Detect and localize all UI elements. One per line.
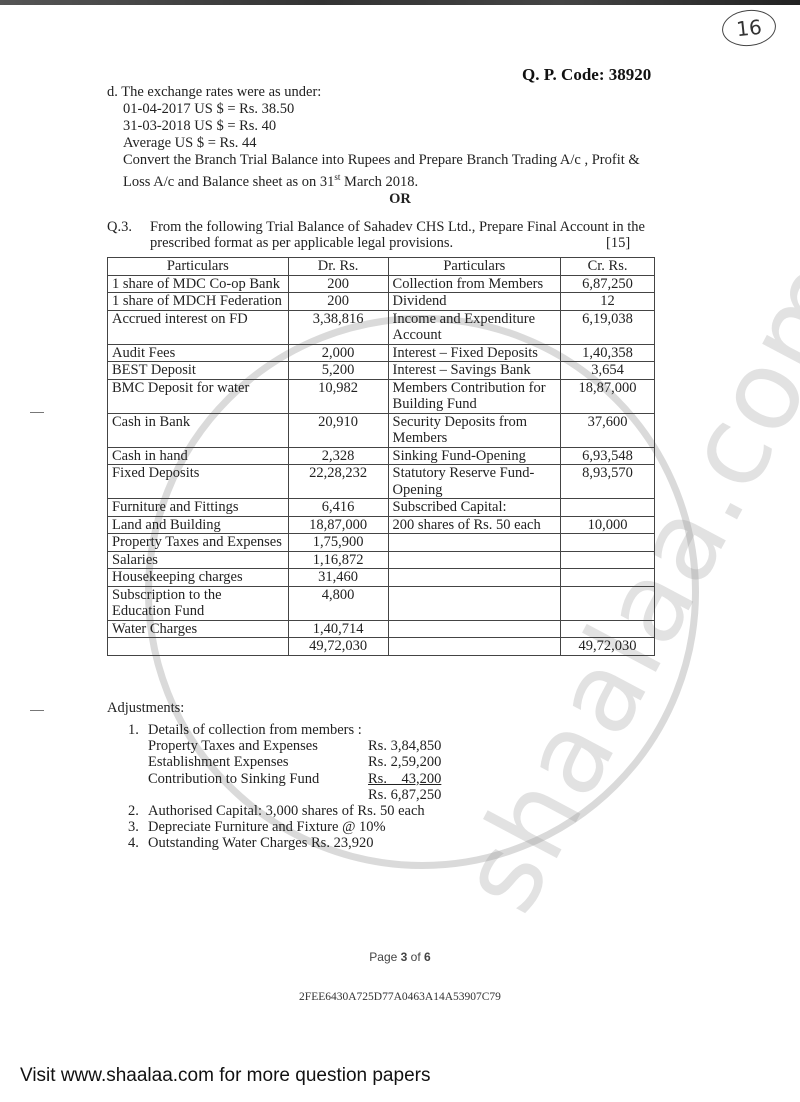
dr-amount: 5,200 [288,362,388,380]
dr-particular: Fixed Deposits [108,465,289,499]
cr-particular: 200 shares of Rs. 50 each [388,516,561,534]
cr-amount [561,620,655,638]
dr-particular: Land and Building [108,516,289,534]
adjustment-number: 2. [128,803,148,819]
adjustments-list: 1. Details of collection from members : … [128,722,448,852]
scan-top-edge [0,0,800,5]
dr-amount: 31,460 [288,569,388,587]
page-indicator: Page 3 of 6 [0,950,800,964]
dr-particular: Housekeeping charges [108,569,289,587]
table-header-row: Particulars Dr. Rs. Particulars Cr. Rs. [108,258,655,276]
cr-amount: 10,000 [561,516,655,534]
cr-amount [561,534,655,552]
table-row: 1 share of MDC Co-op Bank200Collection f… [108,275,655,293]
question-number: Q.3. [107,219,132,236]
dr-particular: BEST Deposit [108,362,289,380]
detail-label: Contribution to Sinking Fund [148,771,368,787]
adjustment-item: 3. Depreciate Furniture and Fixture @ 10… [128,819,448,835]
trial-balance-table: Particulars Dr. Rs. Particulars Cr. Rs. … [107,257,655,656]
table-row: Salaries1,16,872 [108,551,655,569]
website-banner[interactable]: Visit www.shaalaa.com for more question … [20,1065,430,1087]
cr-particular: Members Contribution for Building Fund [388,379,561,413]
table-row: Cash in Bank20,910Security Deposits from… [108,413,655,447]
instruction-text: Loss A/c and Balance sheet as on 31 [123,174,334,190]
table-row: 1 share of MDCH Federation200Dividend12 [108,293,655,311]
collection-total: Rs. 6,87,250 [128,787,448,803]
table-row: Water Charges1,40,714 [108,620,655,638]
cr-amount: 3,654 [561,362,655,380]
page-total: 6 [424,950,431,964]
adjustment-text: Depreciate Furniture and Fixture @ 10% [148,819,386,835]
dr-particular: Accrued interest on FD [108,310,289,344]
dr-amount: 2,328 [288,447,388,465]
instruction-line: Convert the Branch Trial Balance into Ru… [123,152,640,169]
document-hash: 2FEE6430A725D77A0463A14A53907C79 [0,991,800,1003]
cr-amount: 8,93,570 [561,465,655,499]
header-particulars-cr: Particulars [388,258,561,276]
table-row: Audit Fees2,000Interest – Fixed Deposits… [108,344,655,362]
table-row: Housekeeping charges31,460 [108,569,655,587]
scan-mark [30,412,44,413]
dr-amount: 200 [288,275,388,293]
cr-particular: Statutory Reserve Fund-Opening [388,465,561,499]
cr-particular: Dividend [388,293,561,311]
adjustment-item: 2. Authorised Capital: 3,000 shares of R… [128,803,448,819]
dr-particular: Water Charges [108,620,289,638]
dr-amount: 22,28,232 [288,465,388,499]
adjustments-title: Adjustments: [107,700,184,717]
dr-particular: BMC Deposit for water [108,379,289,413]
cr-amount [561,551,655,569]
cr-particular: Collection from Members [388,275,561,293]
table-row: Cash in hand2,328Sinking Fund-Opening6,9… [108,447,655,465]
table-row: Furniture and Fittings6,416Subscribed Ca… [108,499,655,517]
total-cr: 49,72,030 [561,638,655,656]
dr-particular: Subscription to the Education Fund [108,586,289,620]
total-label [388,638,561,656]
header-dr-amount: Dr. Rs. [288,258,388,276]
adjustment-number: 3. [128,819,148,835]
table-row: Subscription to the Education Fund4,800 [108,586,655,620]
cr-particular [388,534,561,552]
table-row: Fixed Deposits22,28,232Statutory Reserve… [108,465,655,499]
cr-particular: Sinking Fund-Opening [388,447,561,465]
dr-amount: 1,40,714 [288,620,388,638]
table-row: BMC Deposit for water10,982Members Contr… [108,379,655,413]
header-particulars-dr: Particulars [108,258,289,276]
cr-particular: Security Deposits from Members [388,413,561,447]
dr-amount: 6,416 [288,499,388,517]
cr-amount [561,569,655,587]
question-text: prescribed format as per applicable lega… [150,235,453,252]
page-prefix: Page [369,950,400,964]
adjustment-text: Details of collection from members : [148,722,362,738]
table-row: Property Taxes and Expenses1,75,900 [108,534,655,552]
cr-particular: Income and Expenditure Account [388,310,561,344]
detail-label: Establishment Expenses [148,754,368,770]
dr-amount: 200 [288,293,388,311]
detail-label: Property Taxes and Expenses [148,738,368,754]
adjustment-item: 4. Outstanding Water Charges Rs. 23,920 [128,835,448,851]
cr-amount [561,499,655,517]
collection-total-value: Rs. 6,87,250 [368,787,448,803]
rate-line: 31-03-2018 US $ = Rs. 40 [123,118,276,135]
cr-particular: Interest – Fixed Deposits [388,344,561,362]
adjustment-number: 4. [128,835,148,851]
table-total-row: 49,72,030 49,72,030 [108,638,655,656]
dr-amount: 20,910 [288,413,388,447]
total-dr: 49,72,030 [288,638,388,656]
table-row: Land and Building18,87,000200 shares of … [108,516,655,534]
instruction-line: Loss A/c and Balance sheet as on 31st Ma… [123,169,418,191]
total-label [108,638,289,656]
question-marks: [15] [606,235,630,252]
question-text: From the following Trial Balance of Saha… [150,219,645,236]
dr-amount: 4,800 [288,586,388,620]
adjustment-text: Authorised Capital: 3,000 shares of Rs. … [148,803,425,819]
cr-amount: 6,19,038 [561,310,655,344]
cr-amount: 37,600 [561,413,655,447]
part-d-intro: d. The exchange rates were as under: [107,84,321,101]
dr-amount: 1,75,900 [288,534,388,552]
dr-amount: 18,87,000 [288,516,388,534]
detail-value: Rs. 2,59,200 [368,754,448,770]
detail-value: Rs. 3,84,850 [368,738,448,754]
adjustment-number: 1. [128,722,148,738]
spacer [148,787,368,803]
cr-amount: 6,93,548 [561,447,655,465]
cr-particular [388,620,561,638]
dr-amount: 1,16,872 [288,551,388,569]
cr-amount: 6,87,250 [561,275,655,293]
dr-particular: Cash in Bank [108,413,289,447]
cr-amount: 1,40,358 [561,344,655,362]
dr-amount: 10,982 [288,379,388,413]
collection-detail: Property Taxes and Expenses Rs. 3,84,850 [128,738,448,754]
scan-mark [30,710,44,711]
dr-particular: Salaries [108,551,289,569]
table-row: BEST Deposit5,200Interest – Savings Bank… [108,362,655,380]
dr-amount: 2,000 [288,344,388,362]
cr-particular [388,551,561,569]
dr-particular: Cash in hand [108,447,289,465]
collection-detail: Contribution to Sinking Fund Rs. 43,200 [128,771,448,787]
qp-code: Q. P. Code: 38920 [522,65,651,85]
header-cr-amount: Cr. Rs. [561,258,655,276]
dr-particular: Property Taxes and Expenses [108,534,289,552]
adjustment-item: 1. Details of collection from members : [128,722,448,738]
cr-particular [388,586,561,620]
dr-particular: 1 share of MDC Co-op Bank [108,275,289,293]
cr-amount: 12 [561,293,655,311]
or-separator: OR [0,191,800,208]
rate-line: 01-04-2017 US $ = Rs. 38.50 [123,101,294,118]
cr-particular: Subscribed Capital: [388,499,561,517]
detail-value: Rs. 43,200 [368,771,448,787]
page-mid: of [407,950,424,964]
dr-particular: 1 share of MDCH Federation [108,293,289,311]
dr-amount: 3,38,816 [288,310,388,344]
collection-detail: Establishment Expenses Rs. 2,59,200 [128,754,448,770]
dr-particular: Audit Fees [108,344,289,362]
table-row: Accrued interest on FD3,38,816Income and… [108,310,655,344]
instruction-text: March 2018. [340,174,418,190]
cr-particular: Interest – Savings Bank [388,362,561,380]
cr-amount [561,586,655,620]
adjustment-text: Outstanding Water Charges Rs. 23,920 [148,835,373,851]
rate-line: Average US $ = Rs. 44 [123,135,257,152]
dr-particular: Furniture and Fittings [108,499,289,517]
cr-particular [388,569,561,587]
cr-amount: 18,87,000 [561,379,655,413]
handwritten-page-number: 16 [720,7,777,48]
